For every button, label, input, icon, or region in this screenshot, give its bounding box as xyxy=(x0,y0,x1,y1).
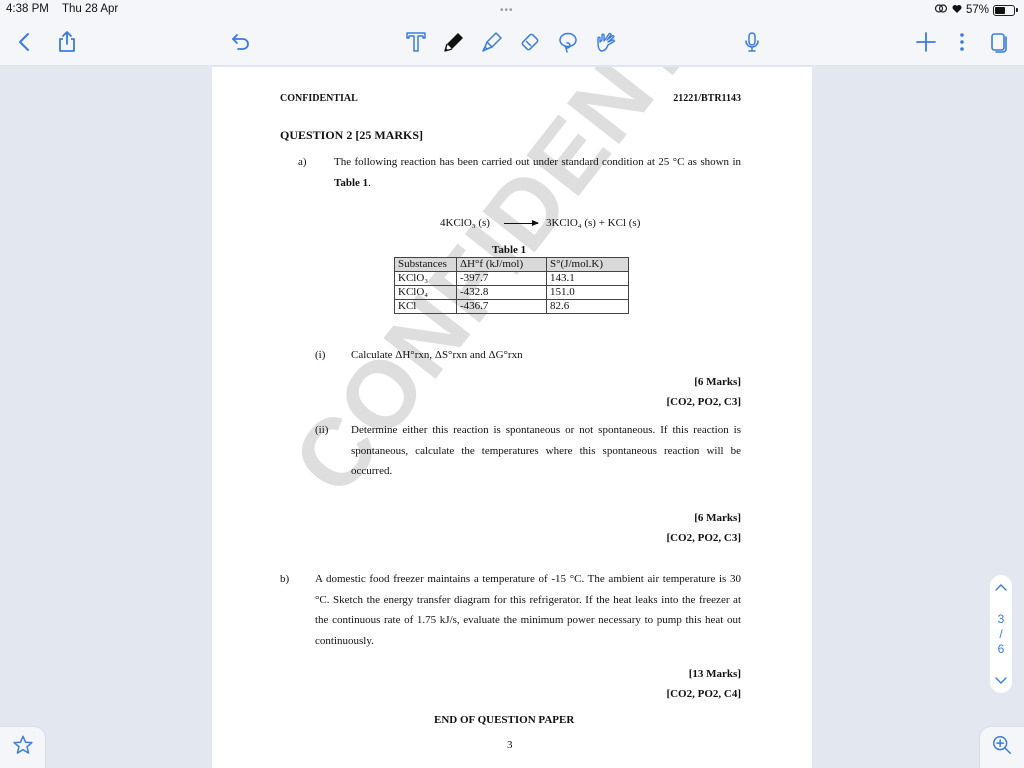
share-button[interactable] xyxy=(54,31,80,57)
part-a-text: The following reaction has been carried … xyxy=(334,152,741,193)
microphone-icon xyxy=(740,30,764,59)
lasso-tool-button[interactable] xyxy=(555,31,581,57)
battery-percent: 57% xyxy=(966,4,989,16)
share-icon xyxy=(55,30,79,59)
table-header: Substances xyxy=(395,258,457,272)
status-date: Thu 28 Apr xyxy=(62,3,118,15)
part-b-outcomes: [CO2, PO2, C4] xyxy=(666,688,741,700)
add-icon xyxy=(914,30,938,59)
page-navigator: 3 / 6 xyxy=(990,575,1012,693)
table-cell: 143.1 xyxy=(547,272,629,286)
undo-button[interactable] xyxy=(228,31,254,57)
more-button[interactable] xyxy=(949,31,975,57)
back-button[interactable] xyxy=(12,31,38,57)
total-pages: 6 xyxy=(998,642,1005,656)
question-title: QUESTION 2 [25 MARKS] xyxy=(280,128,423,143)
end-of-paper: END OF QUESTION PAPER xyxy=(434,714,574,726)
table-row: KClO₃ -397.7 143.1 xyxy=(395,272,629,286)
next-page-chevron-icon[interactable] xyxy=(995,674,1007,688)
pen-tool-button[interactable] xyxy=(441,31,467,57)
table-cell: -397.7 xyxy=(457,272,547,286)
pen-tool-icon xyxy=(442,30,466,59)
status-time: 4:38 PM xyxy=(6,3,49,15)
pages-icon xyxy=(987,30,1011,59)
table-cell: KClO₃ xyxy=(395,272,457,286)
header-course-code: 21221/BTR1143 xyxy=(673,93,741,104)
eraser-tool-icon xyxy=(518,30,542,59)
sub-i-text: Calculate ΔH°rxn, ΔS°rxn and ΔG°rxn xyxy=(351,345,741,366)
table-cell: 82.6 xyxy=(547,300,629,314)
reaction-arrow-icon xyxy=(504,223,538,224)
zoom-button[interactable] xyxy=(979,726,1024,768)
screen-mirroring-icon xyxy=(934,3,948,17)
table-reference: Table 1 xyxy=(334,177,368,189)
sub-ii-label: (ii) xyxy=(315,424,328,436)
sub-ii-text: Determine either this reaction is sponta… xyxy=(351,420,741,482)
equation-reactants: 4KClO₃ (s) xyxy=(440,217,490,229)
favorite-button[interactable] xyxy=(0,726,46,768)
page-number: 3 xyxy=(507,739,513,751)
sub-ii-marks: [6 Marks] xyxy=(694,512,741,524)
part-a-period: . xyxy=(368,177,371,189)
table-header: S°(J/mol.K) xyxy=(547,258,629,272)
sub-i-label: (i) xyxy=(315,349,325,361)
status-bar: 4:38 PM Thu 28 Apr ••• 57% xyxy=(0,0,1024,22)
part-b-text: A domestic food freezer maintains a temp… xyxy=(315,569,741,651)
table-row: KClO₄ -432.8 151.0 xyxy=(395,286,629,300)
reaction-equation: 4KClO₃ (s) 3KClO₄ (s) + KCl (s) xyxy=(440,217,640,229)
part-b-marks: [13 Marks] xyxy=(689,668,741,680)
header-confidential: CONFIDENTIAL xyxy=(280,93,358,104)
thermo-data-table: Substances ΔH°f (kJ/mol) S°(J/mol.K) KCl… xyxy=(394,257,629,314)
pages-button[interactable] xyxy=(986,31,1012,57)
lasso-tool-icon xyxy=(556,30,580,59)
text-tool-button[interactable] xyxy=(403,31,429,57)
text-tool-icon xyxy=(404,30,428,59)
table-header: ΔH°f (kJ/mol) xyxy=(457,258,547,272)
table-caption: Table 1 xyxy=(492,244,526,256)
table-cell: -436.7 xyxy=(457,300,547,314)
part-b-label: b) xyxy=(280,573,289,585)
document-page[interactable]: CONFIDENTIAL CONFIDENTIAL 21221/BTR1143 … xyxy=(212,67,812,768)
zoom-in-icon xyxy=(991,734,1013,761)
more-icon xyxy=(950,30,974,59)
add-page-button[interactable] xyxy=(913,31,939,57)
sub-i-outcomes: [CO2, PO2, C3] xyxy=(666,396,741,408)
star-icon xyxy=(12,734,34,761)
sub-ii-outcomes: [CO2, PO2, C3] xyxy=(666,532,741,544)
battery-icon xyxy=(993,5,1015,16)
multitask-dots[interactable]: ••• xyxy=(500,5,514,16)
toolbar xyxy=(0,22,1024,66)
table-cell: 151.0 xyxy=(547,286,629,300)
previous-page-chevron-icon[interactable] xyxy=(995,580,1007,594)
sub-i-marks: [6 Marks] xyxy=(694,376,741,388)
table-row: KCl -436.7 82.6 xyxy=(395,300,629,314)
page-separator: / xyxy=(999,627,1002,641)
back-icon xyxy=(13,30,37,59)
table-cell: KCl xyxy=(395,300,457,314)
part-a-label: a) xyxy=(298,156,307,168)
battery-tip xyxy=(1016,8,1018,12)
part-a-body: The following reaction has been carried … xyxy=(334,156,741,168)
heart-icon xyxy=(952,4,962,17)
eraser-tool-button[interactable] xyxy=(517,31,543,57)
microphone-button[interactable] xyxy=(739,31,765,57)
table-cell: -432.8 xyxy=(457,286,547,300)
undo-icon xyxy=(229,30,253,59)
page-count[interactable]: 3 / 6 xyxy=(998,612,1005,656)
status-indicators: 57% xyxy=(934,3,1018,17)
highlighter-tool-icon xyxy=(480,30,504,59)
hand-tool-icon xyxy=(594,30,618,59)
equation-products: 3KClO₄ (s) + KCl (s) xyxy=(546,217,640,229)
highlighter-tool-button[interactable] xyxy=(479,31,505,57)
table-cell: KClO₄ xyxy=(395,286,457,300)
hand-tool-button[interactable] xyxy=(593,31,619,57)
table-header-row: Substances ΔH°f (kJ/mol) S°(J/mol.K) xyxy=(395,258,629,272)
current-page: 3 xyxy=(998,612,1005,626)
